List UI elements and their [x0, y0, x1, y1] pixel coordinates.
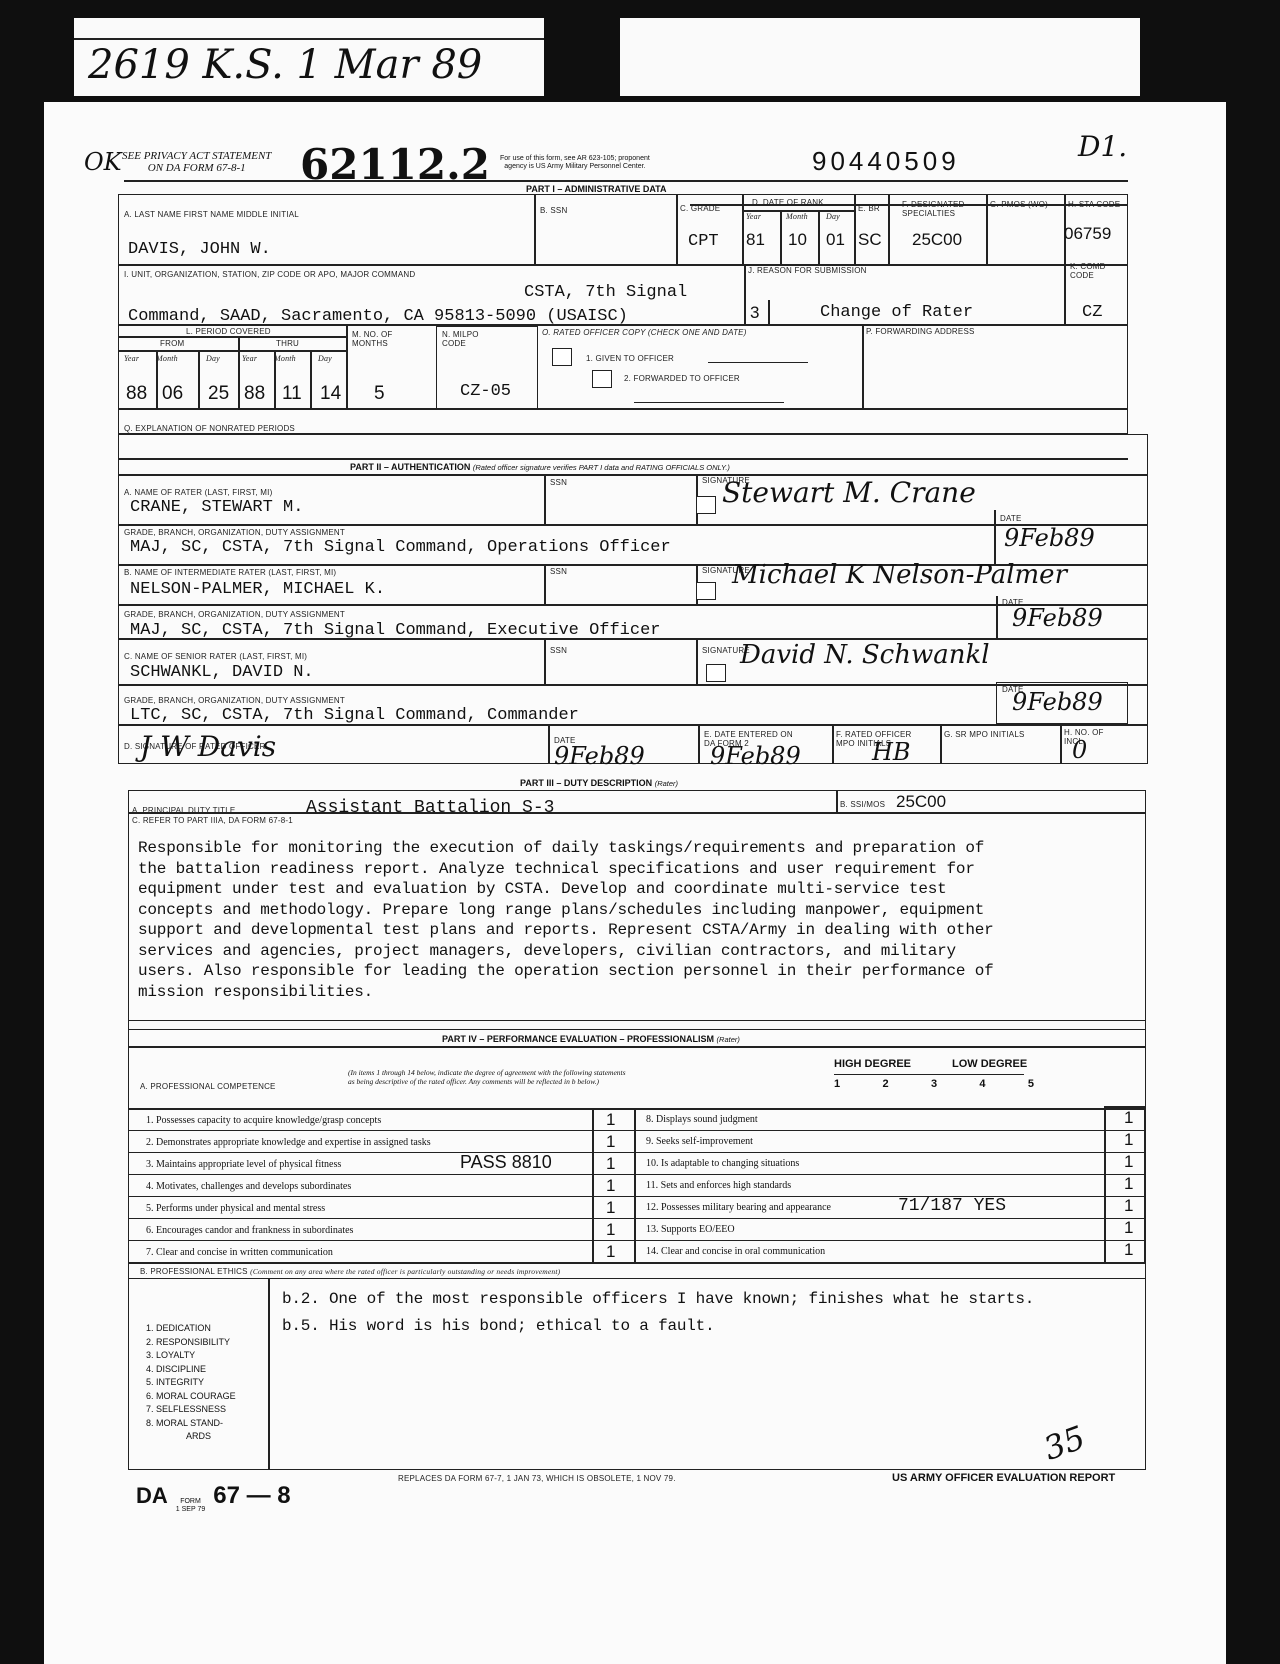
rated-officer-signature: J W Davis: [140, 730, 276, 763]
low-degree-label: LOW DEGREE: [952, 1058, 1027, 1070]
intermediate-signature-checkbox[interactable]: [696, 582, 716, 600]
thru-month: 11: [282, 383, 302, 405]
competence-item-11: 11. Sets and enforces high standards: [646, 1180, 791, 1191]
reason-label: j. REASON FOR SUBMISSION: [748, 266, 867, 275]
duty-description: Responsible for monitoring the execution…: [138, 838, 1098, 1002]
period-covered-label: l. PERIOD COVERED: [186, 327, 271, 336]
ethics-comments: b.2. One of the most responsible officer…: [282, 1286, 1034, 1340]
rated-officer-date: 9Feb89: [554, 742, 645, 770]
ethics-list: 1. DEDICATION 2. RESPONSIBILITY 3. LOYAL…: [146, 1322, 236, 1444]
score-item-6: 1: [606, 1220, 615, 1240]
score-item-10: 1: [1124, 1152, 1133, 1172]
score-item-11: 1: [1124, 1174, 1133, 1194]
thru-year: 88: [244, 383, 265, 405]
part4-title: PART IV – PERFORMANCE EVALUATION – PROFE…: [442, 1034, 740, 1044]
reason-text: Change of Rater: [820, 303, 973, 322]
competence-item-2: 2. Demonstrates appropriate knowledge an…: [146, 1137, 431, 1148]
score-item-2: 1: [606, 1132, 615, 1152]
sta-code-label: h. STA CODE: [1068, 200, 1120, 209]
branch-value: SC: [858, 230, 882, 250]
forwarded-to-officer-checkbox[interactable]: [592, 370, 612, 388]
form-id: DA FORM 1 SEP 79 67 — 8: [136, 1482, 291, 1514]
intermediate-rater-date: 9Feb89: [1012, 604, 1103, 632]
professional-competence-label: a. PROFESSIONAL COMPETENCE: [140, 1082, 276, 1091]
document-number: 90440509: [812, 146, 960, 177]
unit-label: i. UNIT, ORGANIZATION, STATION, ZIP CODE…: [124, 270, 415, 279]
competence-item-5: 5. Performs under physical and mental st…: [146, 1203, 325, 1214]
given-to-officer-checkbox[interactable]: [552, 348, 572, 366]
comd-code-value: CZ: [1082, 303, 1102, 322]
rated-officer-mpo-initials: HB: [872, 738, 911, 766]
competence-item-10: 10. Is adaptable to changing situations: [646, 1158, 799, 1169]
competence-item-7: 7. Clear and concise in written communic…: [146, 1247, 333, 1258]
from-month: 06: [162, 383, 183, 405]
forwarding-address-label: p. FORWARDING ADDRESS: [866, 327, 975, 336]
competence-item-4: 4. Motivates, challenges and develops su…: [146, 1181, 351, 1192]
handwritten-log-entry: 2619 K.S. 1 Mar 89: [88, 42, 482, 88]
rater-name: CRANE, STEWART M.: [130, 498, 303, 517]
unit-line-1: CSTA, 7th Signal: [524, 283, 687, 302]
ssn-label: b. SSN: [540, 206, 567, 215]
scale-arrow: [834, 1074, 1024, 1075]
handwritten-file-number: 62112.2: [300, 140, 490, 189]
dor-year: 81: [746, 230, 765, 250]
grade-label: c. GRADE: [680, 204, 720, 213]
competence-item-3: 3. Maintains appropriate level of physic…: [146, 1159, 341, 1170]
competence-item-14: 14. Clear and concise in oral communicat…: [646, 1246, 825, 1257]
pmos-label: g. PMOS (WO): [990, 200, 1048, 209]
score-item-4: 1: [606, 1176, 615, 1196]
score-item-8: 1: [1124, 1108, 1133, 1128]
dor-month: 10: [788, 230, 807, 250]
score-item-14: 1: [1124, 1240, 1133, 1260]
senior-rater-label: c. NAME OF SENIOR RATER (Last, First, MI…: [124, 652, 307, 661]
score-item-7: 1: [606, 1242, 615, 1262]
milpo-code-value: CZ-05: [460, 382, 511, 401]
rater-signature-checkbox[interactable]: [696, 496, 716, 514]
intermediate-rater-name: NELSON-PALMER, MICHAEL K.: [130, 580, 385, 599]
nonrated-periods-label: q. EXPLANATION OF NONRATED PERIODS: [124, 424, 295, 433]
designated-specialty: 25C00: [912, 230, 962, 250]
competence-item-9: 9. Seeks self-improvement: [646, 1136, 753, 1147]
name-label: a. LAST NAME FIRST NAME MIDDLE INITIAL: [124, 210, 299, 219]
sta-code-value: 06759: [1064, 224, 1111, 244]
header-strip-left: 2619 K.S. 1 Mar 89: [74, 18, 544, 96]
date-of-rank-label: d. DATE OF RANK: [752, 198, 824, 207]
branch-label: e. BR: [858, 204, 880, 213]
date-entered-da-form-2: 9Feb89: [710, 742, 801, 770]
rater-signature: Stewart M. Crane: [722, 476, 976, 509]
rated-officer-name: DAVIS, JOHN W.: [128, 240, 271, 259]
replaces-note: REPLACES DA FORM 67-7, 1 JAN 73, WHICH I…: [398, 1474, 676, 1483]
ssi-mos-value: 25C00: [896, 792, 946, 812]
grade-value: CPT: [688, 232, 719, 251]
competence-item-8: 8. Displays sound judgment: [646, 1114, 758, 1125]
privacy-act-statement: SEE PRIVACY ACT STATEMENT ON DA FORM 67-…: [122, 150, 271, 174]
score-item-13: 1: [1124, 1218, 1133, 1238]
rated-officer-copy-label: o. RATED OFFICER COPY (Check one and dat…: [542, 328, 747, 337]
score-item-3: 1: [606, 1154, 615, 1174]
corner-mark: D1.: [1078, 130, 1127, 163]
reason-code: 3: [750, 303, 759, 323]
part2-title: PART II – AUTHENTICATION (Rated officer …: [350, 462, 730, 472]
header-strip-right: [620, 18, 1140, 96]
part3-title: PART III – DUTY DESCRIPTION (Rater): [520, 778, 678, 788]
senior-rater-date: 9Feb89: [1012, 688, 1103, 716]
form-usage-note: For use of this form, see AR 623-105; pr…: [500, 155, 650, 171]
rating-scale: 1 2 3 4 5: [834, 1078, 1034, 1090]
score-item-12: 1: [1124, 1196, 1133, 1216]
thru-day: 14: [320, 383, 341, 405]
part1-title: PART I – ADMINISTRATIVE DATA: [526, 184, 667, 194]
rater-name-label: a. NAME OF RATER (Last, First, MI): [124, 488, 272, 497]
professional-ethics-label: b. PROFESSIONAL ETHICS (Comment on any a…: [140, 1267, 560, 1276]
principal-duty-title: Assistant Battalion S-3: [306, 798, 554, 818]
senior-rater-grade-assignment: LTC, SC, CSTA, 7th Signal Command, Comma…: [130, 706, 579, 725]
score-item-5: 1: [606, 1198, 615, 1218]
from-year: 88: [126, 383, 147, 405]
rater-grade-assignment: MAJ, SC, CSTA, 7th Signal Command, Opera…: [130, 538, 671, 557]
score-item-9: 1: [1124, 1130, 1133, 1150]
fitness-note: PASS 8810: [460, 1152, 552, 1173]
dor-day: 01: [826, 230, 845, 250]
senior-rater-signature: David N. Schwankl: [740, 640, 990, 670]
competence-item-13: 13. Supports EO/EEO: [646, 1224, 735, 1235]
senior-rater-signature-checkbox[interactable]: [706, 664, 726, 682]
intermediate-rater-label: b. NAME OF INTERMEDIATE RATER (Last, Fir…: [124, 568, 336, 577]
months-value: 5: [374, 383, 385, 405]
from-day: 25: [208, 383, 229, 405]
competence-item-12: 12. Possesses military bearing and appea…: [646, 1202, 831, 1213]
height-weight-note: 71/187 YES: [898, 1196, 1006, 1216]
rater-date: 9Feb89: [1004, 524, 1095, 552]
rating-instructions: (In items 1 through 14 below, indicate t…: [348, 1068, 626, 1086]
score-item-1: 1: [606, 1110, 615, 1130]
high-degree-label: HIGH DEGREE: [834, 1058, 911, 1070]
report-title: US ARMY OFFICER EVALUATION REPORT: [892, 1472, 1115, 1484]
competence-item-6: 6. Encourages candor and frankness in su…: [146, 1225, 353, 1236]
senior-rater-name: SCHWANKL, DAVID N.: [130, 663, 314, 682]
competence-item-1: 1. Possesses capacity to acquire knowled…: [146, 1115, 381, 1126]
ok-mark: OK: [84, 148, 122, 176]
number-of-inclosures: 0: [1072, 736, 1087, 764]
intermediate-rater-signature: Michael K Nelson-Palmer: [732, 560, 1067, 590]
